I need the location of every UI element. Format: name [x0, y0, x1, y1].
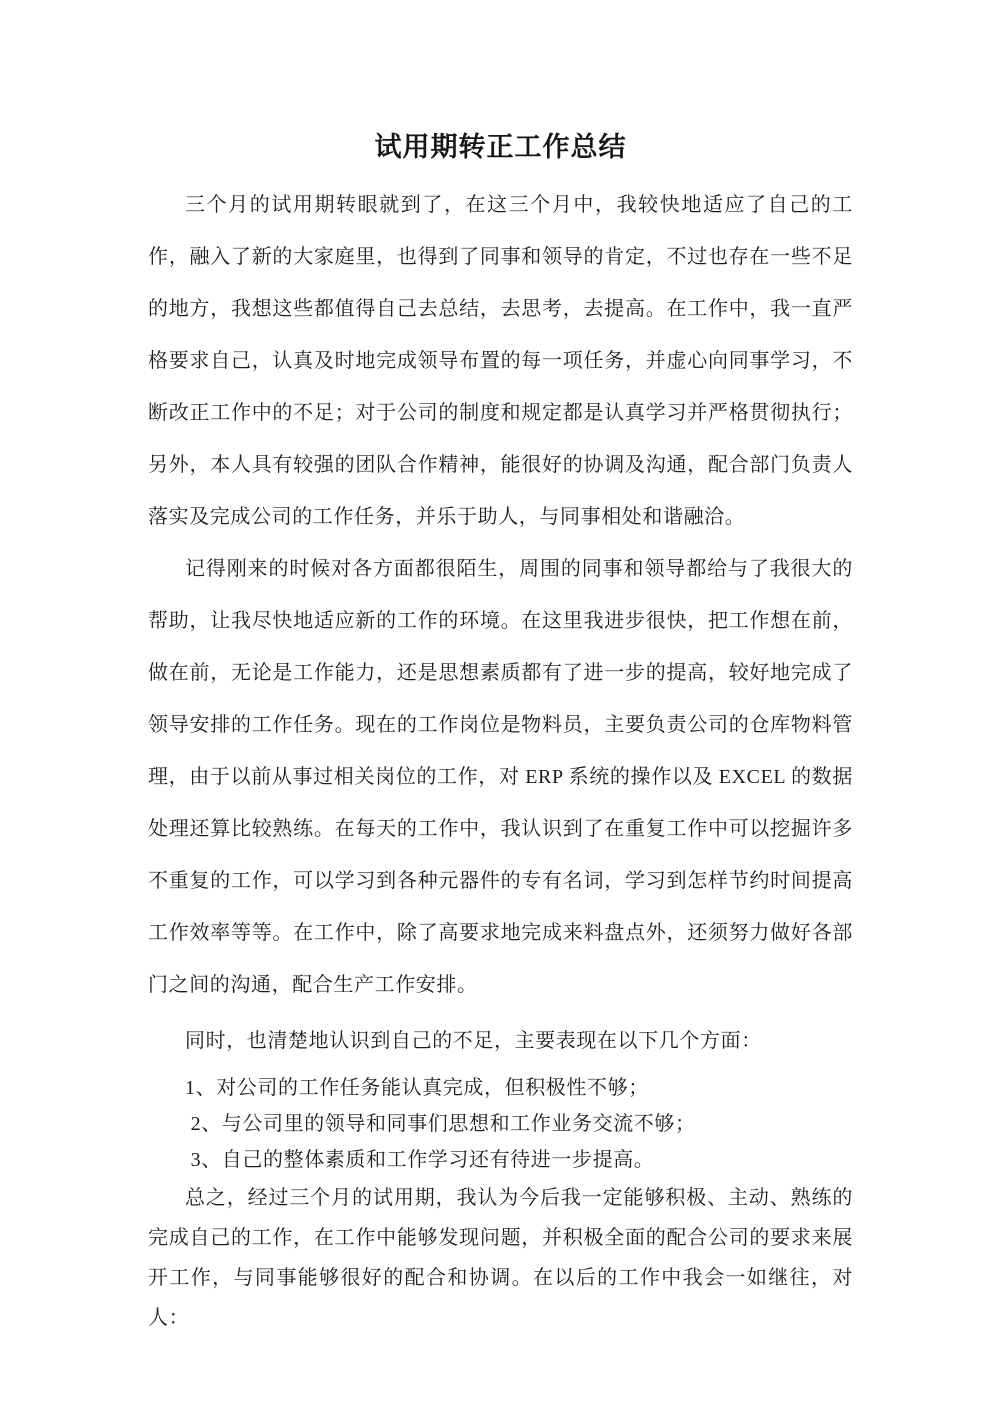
- paragraph-shortcomings-lead-in: 同时，也清楚地认识到自己的不足，主要表现在以下几个方面：: [148, 1015, 853, 1067]
- paragraph-intro: 三个月的试用期转眼就到了，在这三个月中，我较快地适应了自己的工作，融入了新的大家…: [148, 179, 853, 543]
- list-item-1: 1、对公司的工作任务能认真完成，但积极性不够；: [148, 1070, 853, 1106]
- shortcomings-list: 1、对公司的工作任务能认真完成，但积极性不够； 2、与公司里的领导和同事们思想和…: [148, 1070, 853, 1178]
- document-title: 试用期转正工作总结: [148, 125, 853, 169]
- paragraph-work-experience: 记得刚来的时候对各方面都很陌生，周围的同事和领导都给与了我很大的帮助，让我尽快地…: [148, 543, 853, 1011]
- list-item-3: 3、自己的整体素质和工作学习还有待进一步提高。: [148, 1142, 853, 1178]
- list-item-2: 2、与公司里的领导和同事们思想和工作业务交流不够；: [148, 1106, 853, 1142]
- document-page: 试用期转正工作总结 三个月的试用期转眼就到了，在这三个月中，我较快地适应了自己的…: [0, 0, 1000, 1415]
- paragraph-closing: 总之，经过三个月的试用期，我认为今后我一定能够积极、主动、熟练的完成自己的工作，…: [148, 1178, 853, 1338]
- document-content: 试用期转正工作总结 三个月的试用期转眼就到了，在这三个月中，我较快地适应了自己的…: [148, 0, 853, 1338]
